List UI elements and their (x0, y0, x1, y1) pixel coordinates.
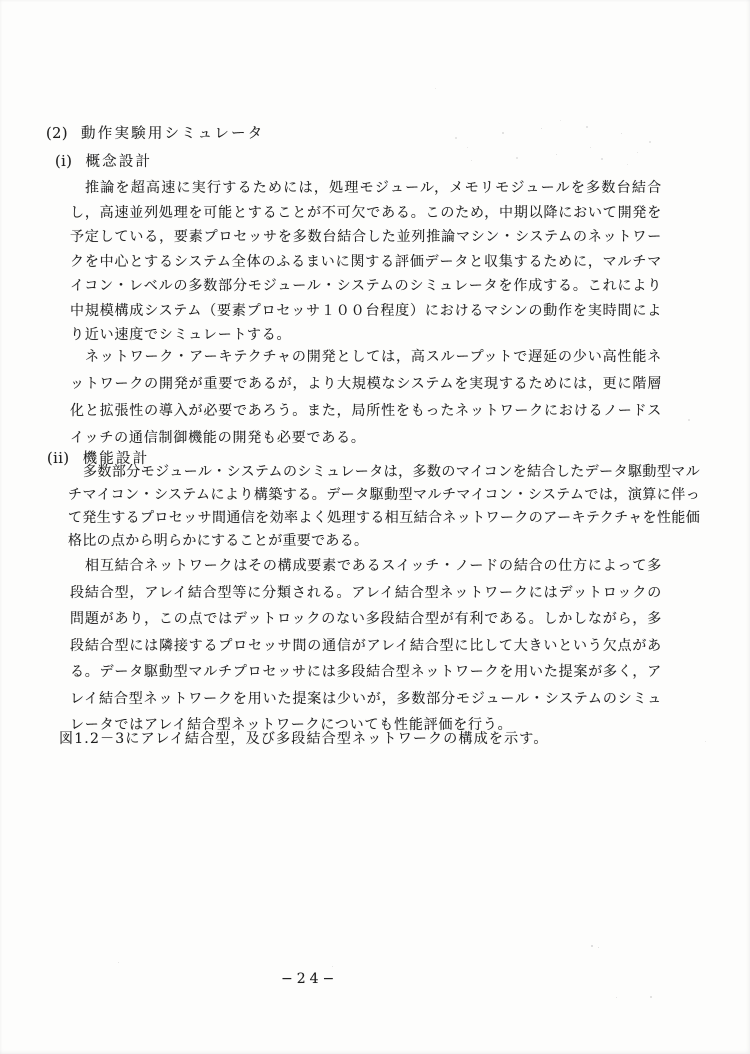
subsection-i-label: (i) (55, 154, 72, 170)
subsection-i-title: 概念設計 (85, 154, 152, 170)
scan-noise-speck (560, 120, 561, 121)
scan-noise-speck (586, 126, 588, 128)
paragraph-function-design-2: 相互結合ネットワークはその構成要素であるスイッチ・ノードの結合の仕方によって多段… (70, 553, 662, 739)
scan-noise-speck (332, 966, 333, 967)
subsection-ii-label: (ii) (47, 451, 70, 467)
scan-noise-speck (627, 164, 628, 165)
scan-noise-speck (467, 147, 468, 148)
scan-noise-speck (688, 419, 690, 421)
scan-noise-speck (541, 128, 542, 129)
figure-reference: 図1.2－3にアレイ結合型，及び多段結合型ネットワークの構成を示す。 (59, 728, 709, 748)
page-number: −24− (281, 971, 338, 987)
scan-noise-speck (621, 133, 622, 134)
scan-noise-speck (502, 132, 504, 134)
subsection-heading-i: (i)概念設計 (55, 150, 152, 171)
scan-noise-speck (616, 997, 617, 998)
scan-noise-speck (435, 88, 436, 89)
paragraph-function-design-1: 多数部分モジュール・システムのシミュレータは，多数のマイコンを結合したデータ駆動… (68, 461, 700, 553)
scan-noise-speck (590, 147, 591, 148)
scan-noise-speck (649, 141, 651, 143)
scan-noise-speck (591, 945, 593, 947)
scan-noise-speck (523, 748, 524, 749)
section-heading: (2)動作実験用シミュレータ (46, 122, 264, 143)
section-title: 動作実験用シミュレータ (81, 126, 264, 142)
scan-noise-speck (118, 962, 119, 963)
section-label: (2) (46, 126, 68, 142)
scan-noise-speck (705, 741, 706, 742)
scan-noise-speck (598, 947, 599, 948)
paragraph-concept-design-2: ネットワーク・アーキテクチャの開発としては，高スループットで遅延の少い高性能ネッ… (70, 344, 662, 452)
document-page: (2)動作実験用シミュレータ (i)概念設計 推論を超高速に実行するためには，処… (0, 0, 750, 1054)
scan-noise-speck (601, 158, 603, 160)
scan-noise-speck (650, 996, 652, 998)
scan-noise-speck (637, 152, 638, 153)
paragraph-concept-design-1: 推論を超高速に実行するためには，処理モジュール，メモリモジュールを多数台結合し，… (70, 176, 662, 348)
scan-noise-speck (516, 157, 518, 159)
scan-noise-speck (455, 137, 457, 139)
scan-noise-speck (471, 160, 472, 161)
scan-noise-speck (556, 154, 557, 155)
